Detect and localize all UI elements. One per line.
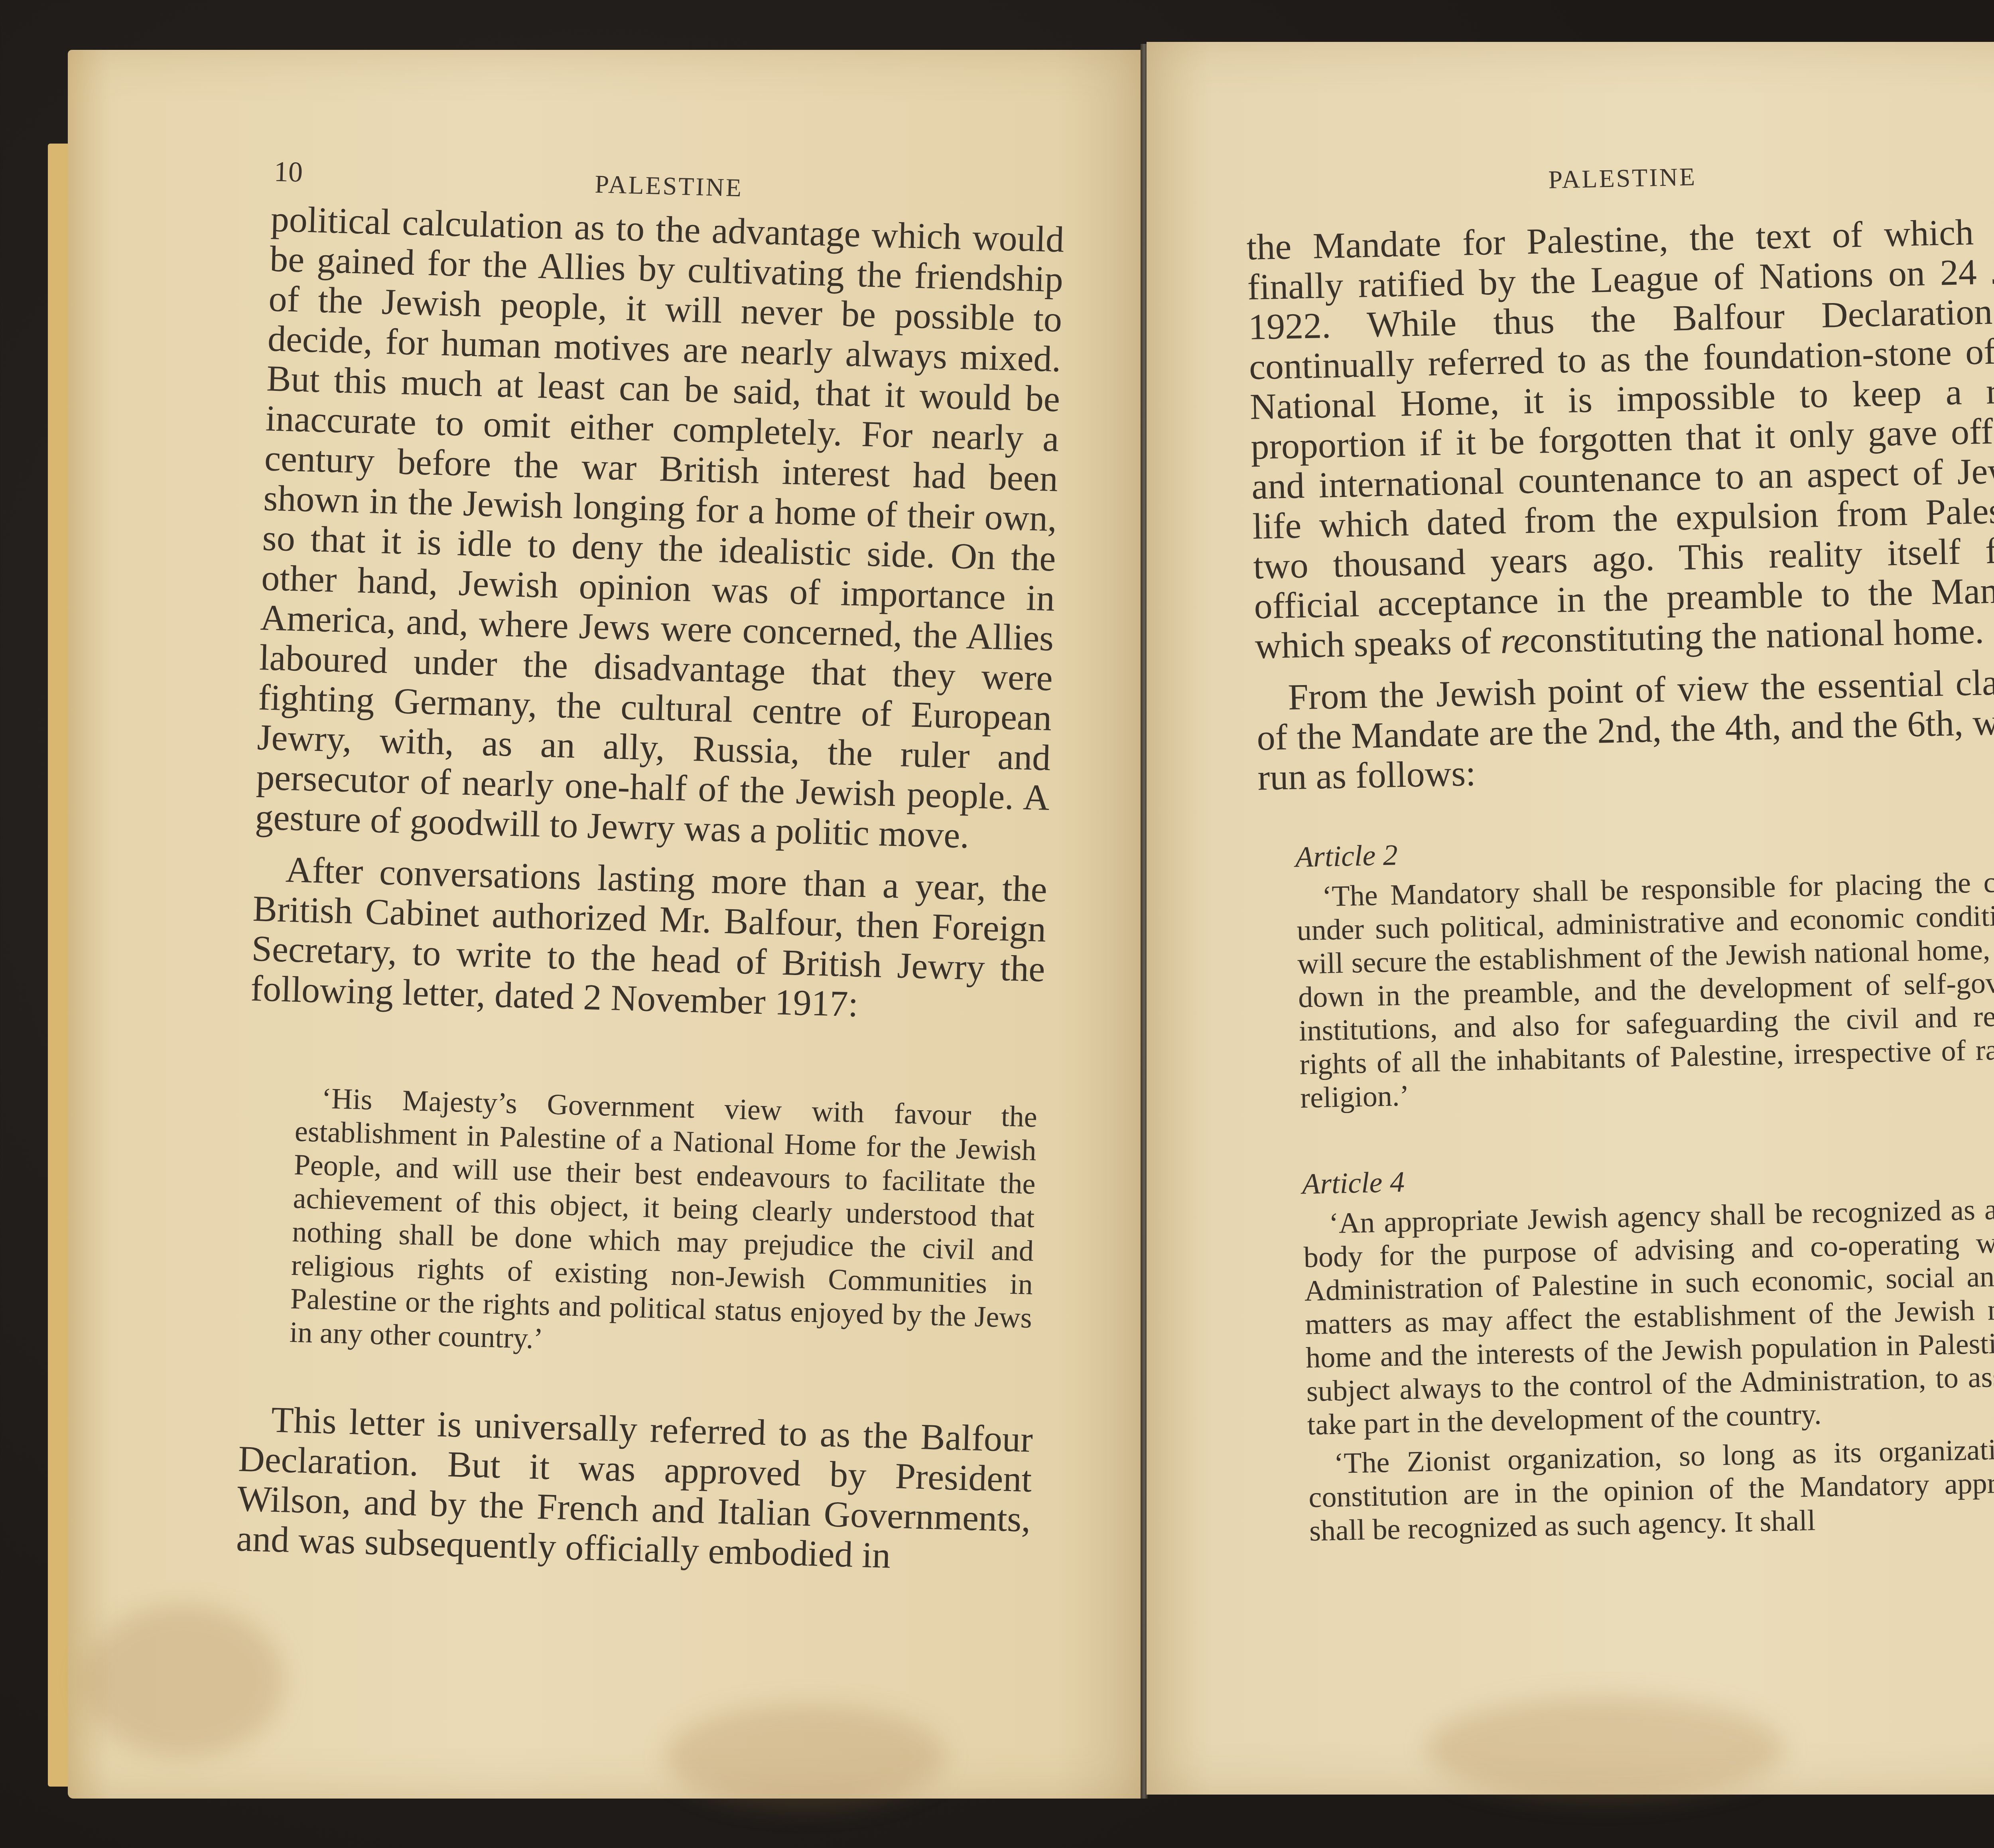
article-heading: Article 2 bbox=[1295, 838, 1398, 874]
article-paragraph: ‘The Zionist organization, so long as it… bbox=[1308, 1431, 1994, 1548]
paragraph: This letter is universally referred to a… bbox=[236, 1399, 1033, 1579]
article-heading: Article 4 bbox=[1302, 1165, 1405, 1201]
article-paragraph: ‘The Mandatory shall be responsible for … bbox=[1296, 864, 1994, 1115]
paragraph: political calculation as to the advantag… bbox=[255, 199, 1065, 857]
quote-text: ‘His Majesty’s Government view with favo… bbox=[289, 1081, 1038, 1368]
body-text: the Mandate for Palestine, the text of w… bbox=[1246, 211, 1994, 798]
running-head: PALESTINE bbox=[1548, 162, 1697, 195]
article-4-text: ‘An appropriate Jewish agency shall be r… bbox=[1302, 1191, 1994, 1548]
right-page: PALESTINE 11 the Mandate for Palestine, … bbox=[1147, 42, 1994, 1795]
left-page: 10 PALESTINE political calculation as to… bbox=[68, 50, 1141, 1799]
page-number: 10 bbox=[274, 155, 303, 189]
italic-emphasis: re bbox=[1500, 620, 1530, 661]
paragraph: the Mandate for Palestine, the text of w… bbox=[1246, 211, 1994, 666]
balfour-declaration-quote: ‘His Majesty’s Government view with favo… bbox=[289, 1081, 1038, 1368]
paragraph: After conversations lasting more than a … bbox=[250, 849, 1048, 1029]
article-paragraph: ‘An appropriate Jewish agency shall be r… bbox=[1302, 1191, 1994, 1442]
body-text-continued: This letter is universally referred to a… bbox=[236, 1399, 1033, 1579]
paragraph: From the Jewish point of view the essent… bbox=[1255, 661, 1994, 797]
running-head: PALESTINE bbox=[595, 169, 743, 203]
body-text: political calculation as to the advantag… bbox=[250, 199, 1064, 1028]
article-2-text: ‘The Mandatory shall be responsible for … bbox=[1296, 864, 1994, 1115]
